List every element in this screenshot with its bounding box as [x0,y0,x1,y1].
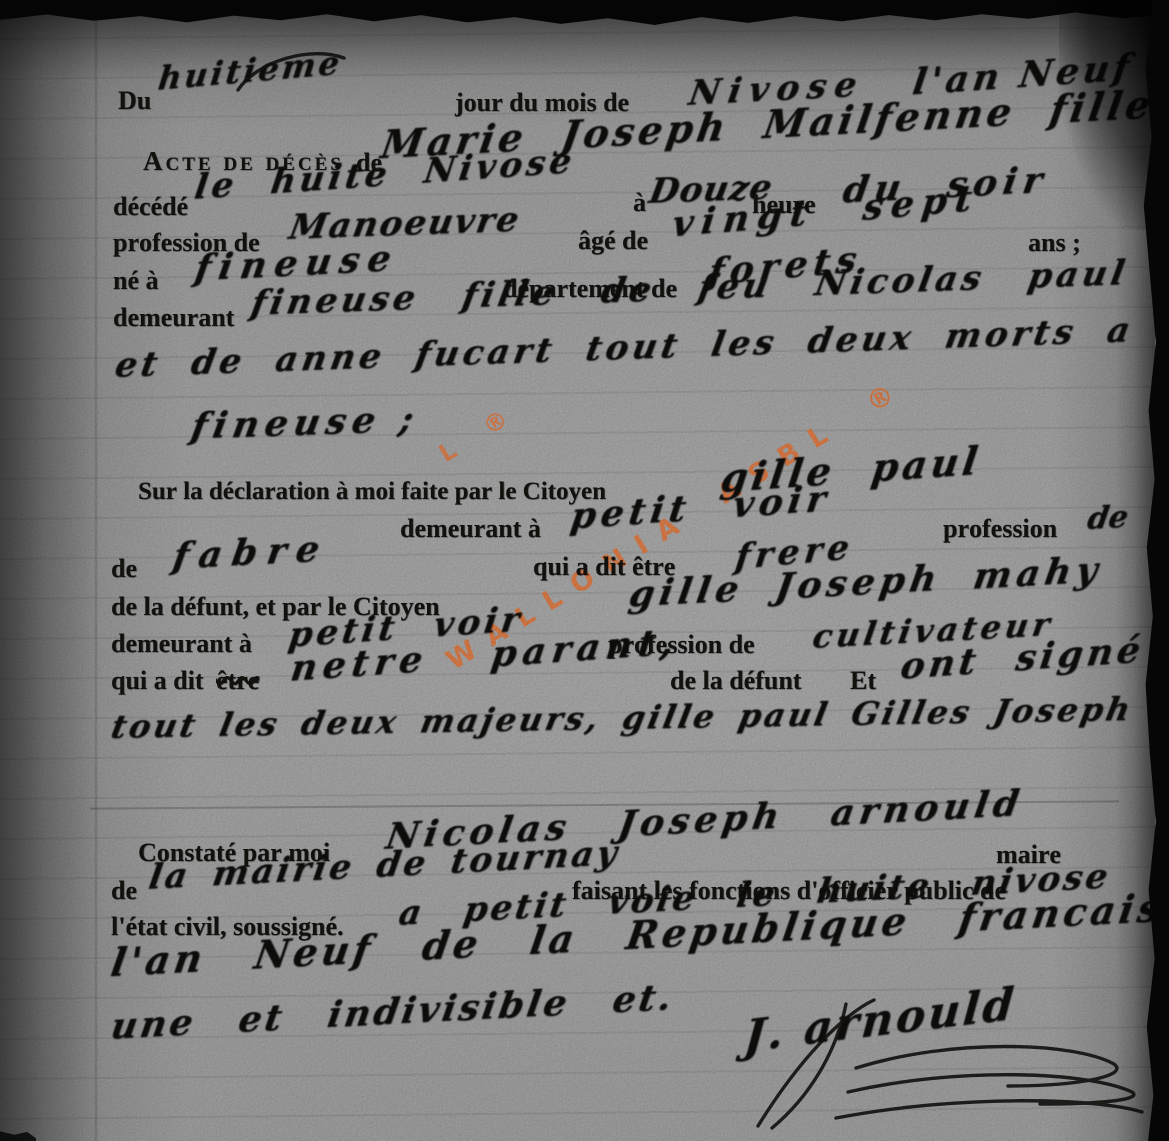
label-age-de: âgé de [578,226,648,256]
label-de-3: de [111,876,137,906]
label-et: Et [850,666,876,696]
hw-fineuse: fineuse ; [188,398,423,448]
label-qui-a-dit-2: qui a dit [111,666,204,696]
death-certificate-scan: WALLONIA ASBL ® L ® Du huitieme jour du … [0,0,1169,1141]
hw-declarant1-profession: fabre [170,527,332,578]
label-de-la-defunt-2: de la défunt [670,666,801,696]
struck-etre: être [216,666,259,696]
label-demeurant-a-1: demeurant à [400,514,541,544]
label-du: Du [118,86,151,116]
label-de-2: de [111,554,137,584]
label-sur-declaration: Sur la déclaration à moi faite par le Ci… [138,478,606,506]
label-demeurant-a-2: demeurant à [111,629,252,659]
label-a: à [633,188,646,218]
label-ne-a: né à [113,266,159,296]
label-decede: décédé [113,192,188,222]
label-demeurant: demeurant [113,303,234,333]
label-profession-1: profession [943,514,1057,544]
left-shadow-edge [0,0,100,1141]
label-ans: ans ; [1028,228,1081,258]
